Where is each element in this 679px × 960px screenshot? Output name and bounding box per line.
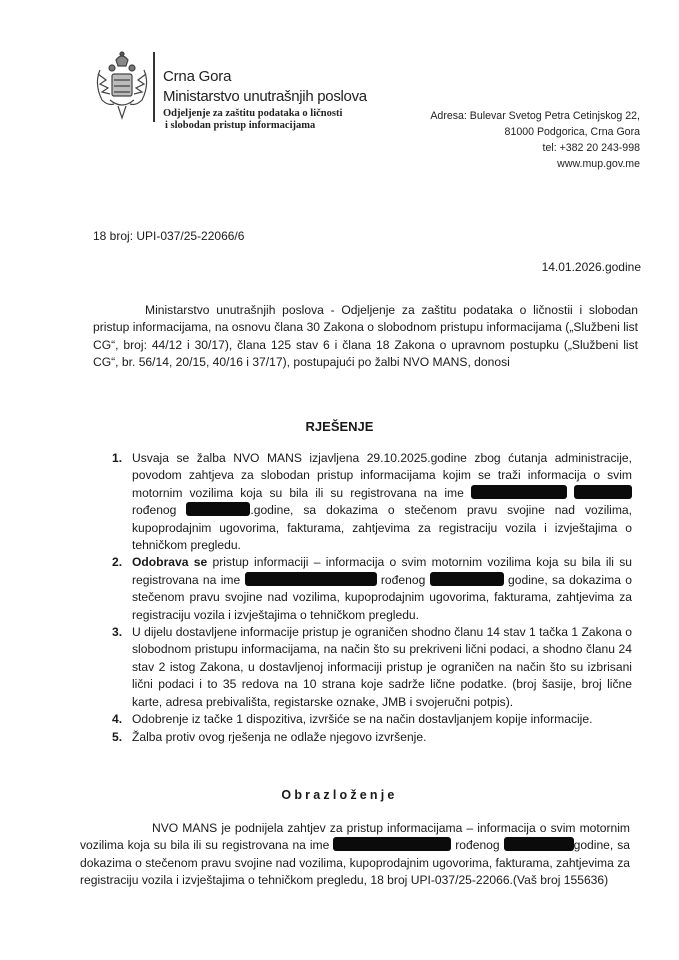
redacted-birthdate (504, 837, 574, 851)
country-name: Crna Gora (163, 68, 231, 85)
address-line-2: 81000 Podgorica, Crna Gora (430, 124, 640, 140)
item-number: 5. (112, 729, 122, 746)
address-line-1: Adresa: Bulevar Svetog Petra Cetinjskog … (430, 108, 640, 124)
decision-item-3: 3. U dijelu dostavljene informacije pris… (112, 624, 632, 711)
coat-of-arms-icon (92, 50, 152, 122)
contact-block: Adresa: Bulevar Svetog Petra Cetinjskog … (430, 108, 640, 172)
item-number: 4. (112, 711, 122, 728)
header-divider (153, 52, 155, 122)
intro-text: Ministarstvo unutrašnjih poslova - Odjel… (93, 303, 638, 369)
decision-title: RJEŠENJE (0, 419, 679, 434)
redacted-birthdate (186, 502, 250, 516)
website-link[interactable]: www.mup.gov.me (430, 156, 640, 172)
phone-number: tel: +382 20 243-998 (430, 140, 640, 156)
decision-items: 1. Usvaja se žalba NVO MANS izjavljena 2… (112, 450, 632, 746)
item-number: 1. (112, 450, 122, 467)
department-line-2: i slobodan pristup informacijama (163, 120, 342, 132)
decision-item-4: 4. Odobrenje iz tačke 1 dispozitiva, izv… (112, 711, 632, 728)
decision-item-1: 1. Usvaja se žalba NVO MANS izjavljena 2… (112, 450, 632, 554)
reasoning-title: Obrazloženje (0, 788, 679, 802)
ministry-name: Ministarstvo unutrašnjih poslova (163, 88, 367, 105)
reference-number: 18 broj: UPI-037/25-22066/6 (93, 229, 244, 243)
redacted-name (245, 572, 377, 586)
department-line-1: Odjeljenje za zaštitu podataka o ličnost… (163, 108, 342, 120)
redacted-name-cont (574, 485, 632, 499)
redacted-name (471, 485, 567, 499)
redacted-name (333, 837, 451, 851)
department-name: Odjeljenje za zaštitu podataka o ličnost… (163, 108, 342, 132)
reasoning-paragraph: NVO MANS je podnijela zahtjev za pristup… (80, 820, 630, 890)
item-lead: Odobrava se (132, 555, 207, 569)
redacted-birthdate (430, 572, 504, 586)
item-number: 2. (112, 554, 122, 571)
item-number: 3. (112, 624, 122, 641)
intro-paragraph: Ministarstvo unutrašnjih poslova - Odjel… (93, 302, 638, 372)
decision-item-5: 5. Žalba protiv ovog rješenja ne odlaže … (112, 729, 632, 746)
document-date: 14.01.2026.godine (542, 260, 641, 274)
decision-item-2: 2. Odobrava se pristup informaciji – inf… (112, 554, 632, 624)
